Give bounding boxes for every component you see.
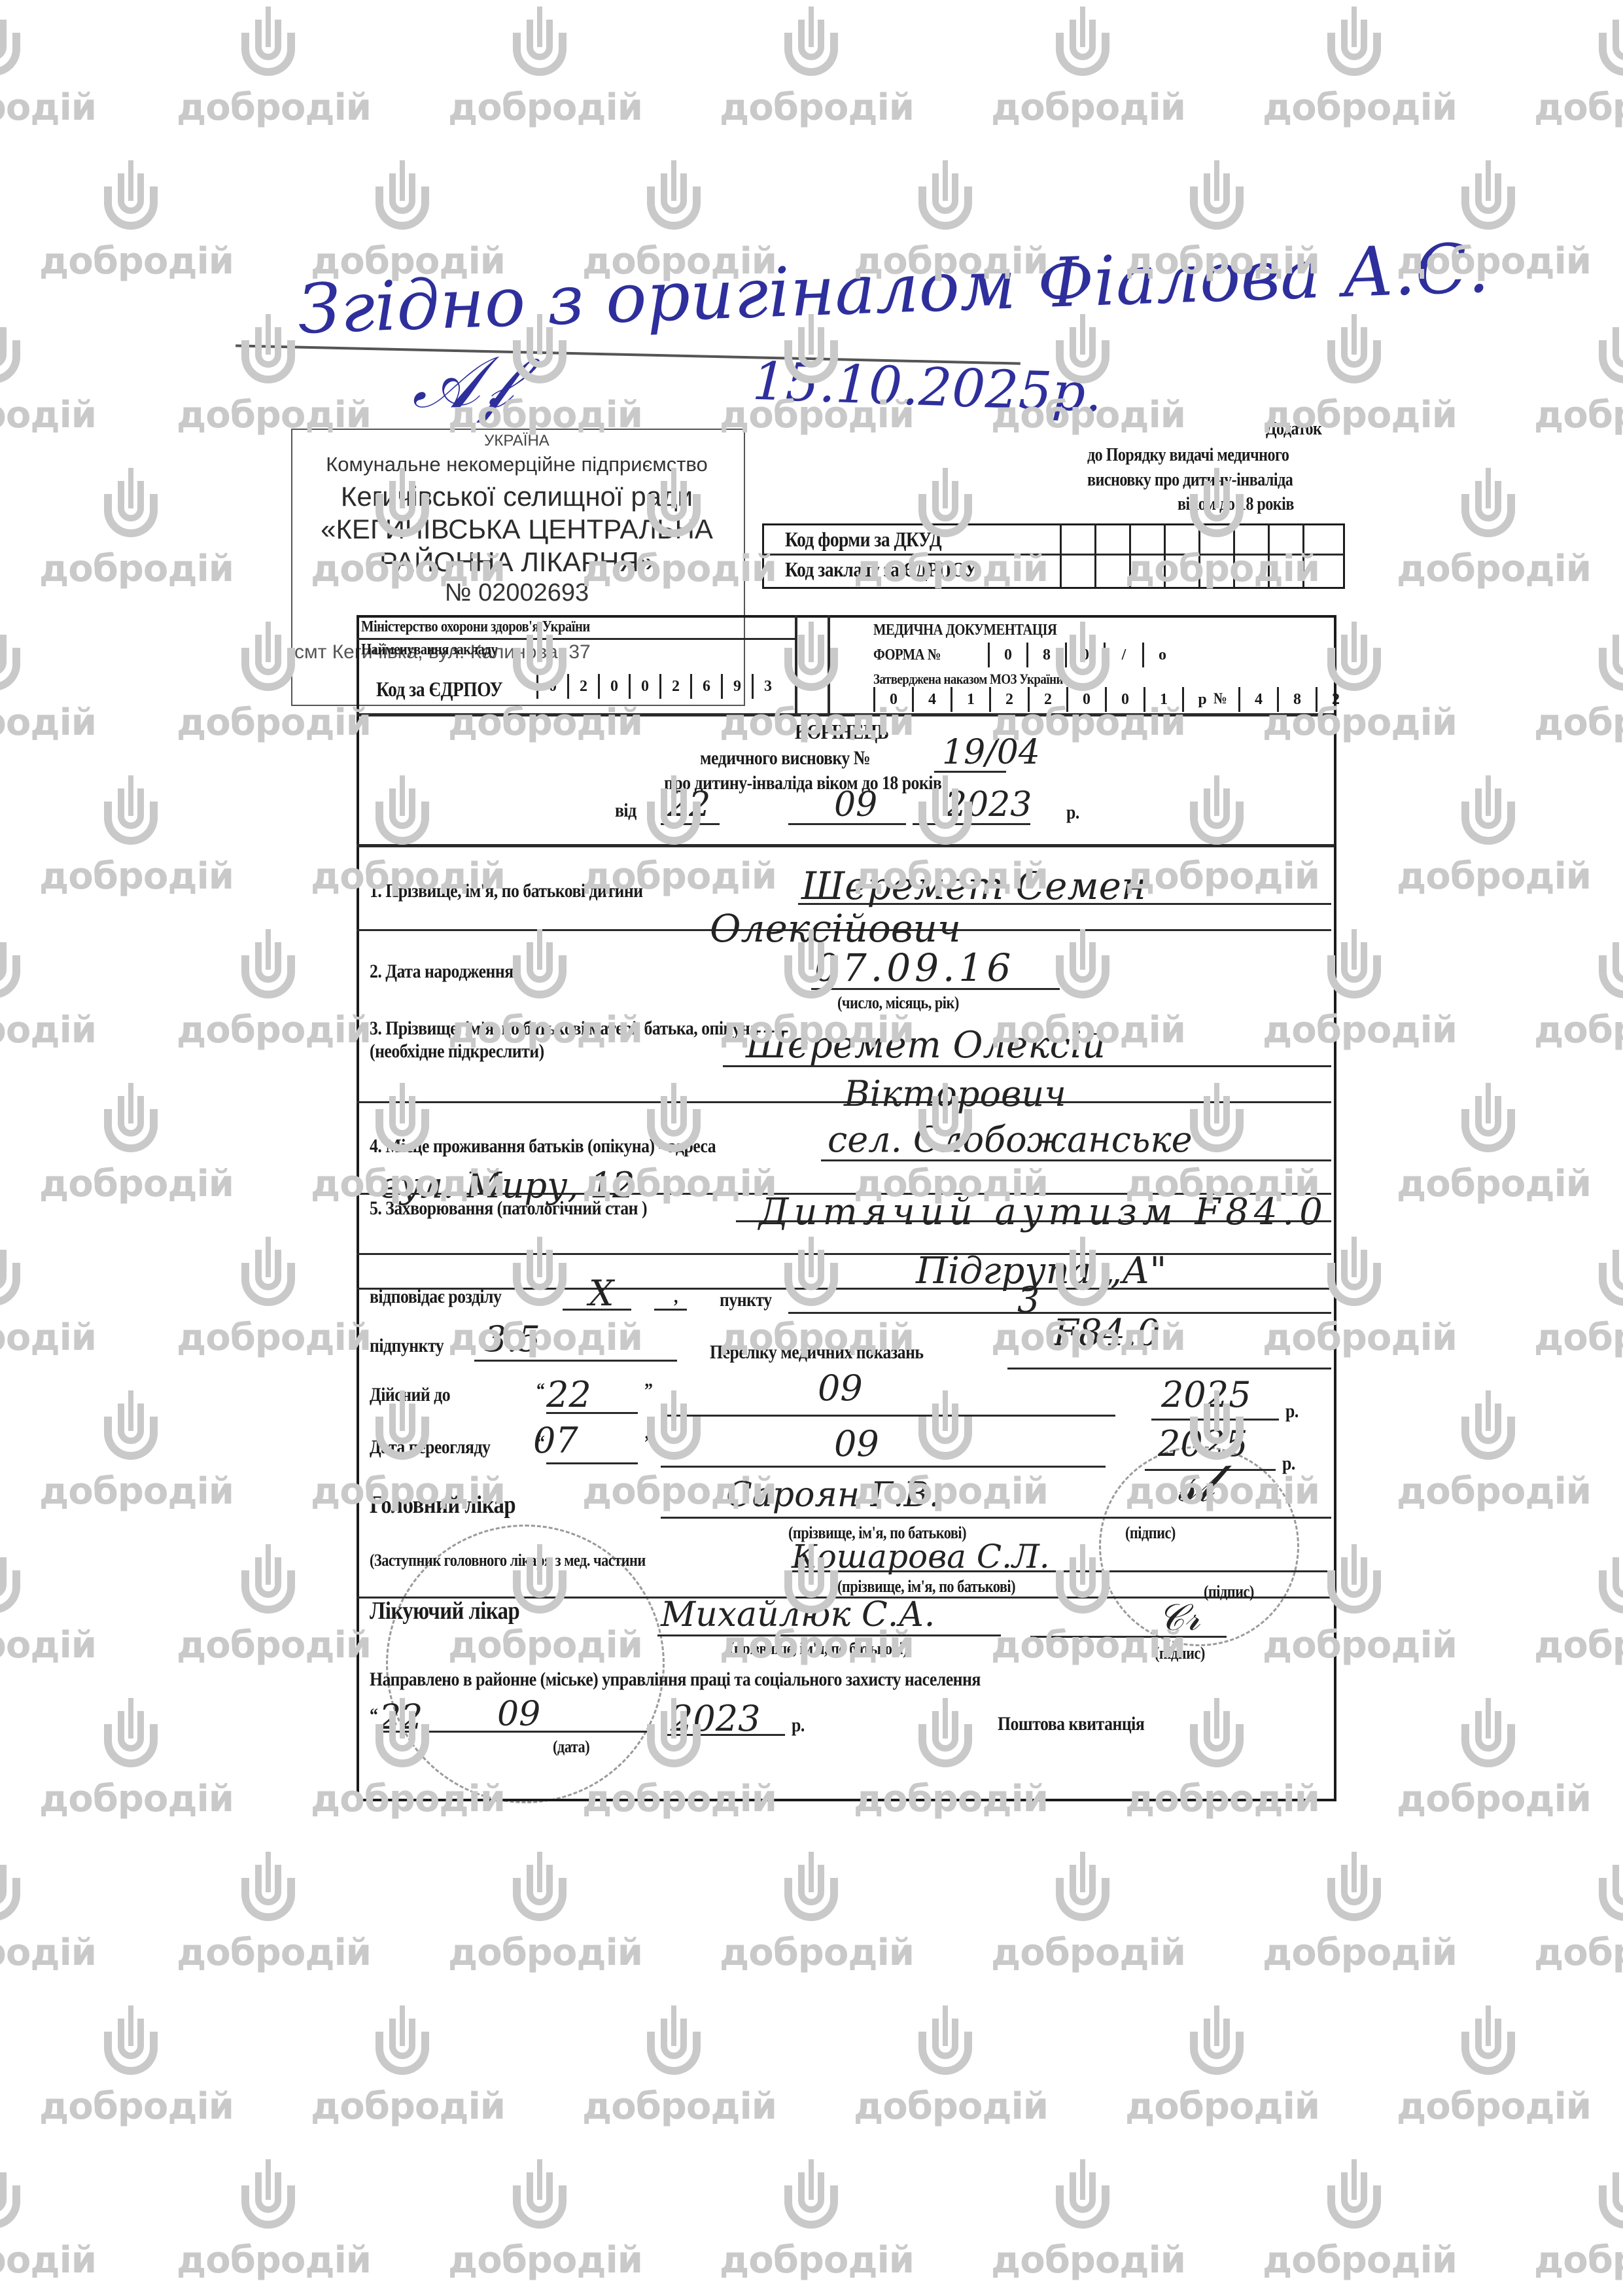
annex-line-1: Додаток (1266, 419, 1321, 440)
title-line-2: медичного висновку № (700, 747, 870, 769)
stamp-number: № 02002693 (291, 579, 742, 607)
dobrodiy-hand-logo-icon (0, 1237, 85, 1309)
code-cell: 0 (873, 687, 912, 712)
review-month: 09 (834, 1423, 879, 1464)
watermark: добродій (1534, 1237, 1623, 1359)
dobrodiy-hand-logo-icon (177, 929, 360, 1001)
point-value: 3 (1017, 1279, 1039, 1320)
watermark: добродій (991, 7, 1174, 129)
certification-signature: 𝒜𝒻 (412, 340, 512, 425)
dobrodiy-hand-logo-icon (1397, 160, 1580, 232)
watermark-text: добродій (177, 86, 371, 129)
dobrodiy-hand-logo-icon (854, 160, 1037, 232)
code-cell: 2 (659, 674, 690, 699)
child-name-label: 1. Прізвище, ім'я, по батькові дитини (370, 880, 643, 902)
watermark: добродій (177, 7, 360, 129)
dobrodiy-hand-logo-icon (1397, 775, 1580, 847)
disease-value-2: Підгрупа „А" (916, 1250, 1166, 1292)
dobrodiy-hand-logo-icon (448, 1852, 631, 1924)
subpoint-value: 3.5 (484, 1318, 540, 1360)
annex-line-2: до Порядку видачі медичного (1087, 445, 1289, 466)
deputy-label: (Заступник головного лікаря з мед. части… (370, 1551, 646, 1570)
certification-date: 15.10.2025р. (752, 351, 1104, 424)
dobrodiy-hand-logo-icon (39, 1083, 222, 1155)
watermark-text: добродій (39, 548, 234, 590)
med-doc-title: МЕДИЧНА ДОКУМЕНТАЦІЯ (873, 622, 1056, 639)
code-table-cell (1094, 523, 1096, 588)
parent-name-label-1: 3. Прізвище, ім'я, по батькові матері, б… (370, 1017, 758, 1040)
institution-label: Найменування закладу (361, 641, 497, 659)
watermark: добродій (39, 775, 222, 898)
dobrodiy-hand-logo-icon (854, 2005, 1037, 2077)
referral-date-hint: (дата) (553, 1737, 589, 1757)
referral-day: 22 (379, 1698, 423, 1737)
stamp-country: УКРАЇНА (291, 432, 742, 450)
watermark-text: добродій (177, 701, 371, 744)
dobrodiy-hand-logo-icon (1534, 2159, 1623, 2231)
dobrodiy-hand-logo-icon (1397, 1698, 1580, 1770)
child-name-value-1: Шеремет Семен (801, 864, 1146, 908)
dobrodiy-hand-logo-icon (1263, 2159, 1446, 2231)
dobrodiy-hand-logo-icon (720, 7, 903, 79)
referral-year-suffix: р. (792, 1714, 805, 1737)
dobrodiy-hand-logo-icon (311, 160, 494, 232)
watermark-text: добродій (1397, 1778, 1591, 1820)
code-cell: 0 (988, 643, 1026, 667)
approved-label: Затверджена наказом МОЗ України (873, 671, 1063, 688)
watermark-text: добродій (991, 2239, 1185, 2282)
birth-date-label: 2. Дата народження (370, 961, 514, 983)
subpoint-underline (474, 1360, 677, 1362)
dobrodiy-hand-logo-icon (1263, 7, 1446, 79)
dobrodiy-hand-logo-icon (39, 160, 222, 232)
referral-open-quote: “ (370, 1704, 377, 1727)
deputy-sign-hint: (підпис) (1204, 1582, 1254, 1602)
watermark: добродій (1397, 2005, 1580, 2128)
code-table-cell (1233, 523, 1235, 588)
watermark: добродій (177, 1544, 360, 1667)
watermark-text: добродій (39, 1470, 234, 1513)
referral-label: Направлено в районне (міське) управління… (370, 1669, 981, 1691)
watermark: добродій (1263, 1852, 1446, 1974)
dobrodiy-hand-logo-icon (1397, 1083, 1580, 1155)
watermark-text: добродій (39, 1163, 234, 1205)
watermark-text: добродій (582, 2085, 777, 2128)
watermark-text: добродій (39, 2085, 234, 2128)
watermark-text: добродій (991, 86, 1185, 129)
watermark: добродій (1397, 1390, 1580, 1513)
code-table-cell (1198, 523, 1200, 588)
birth-date-hint: (число, місяць, рік) (837, 993, 959, 1013)
watermark-text: добродій (1397, 1163, 1591, 1205)
dobrodiy-hand-logo-icon (1263, 1852, 1446, 1924)
review-day: 07 (533, 1420, 578, 1461)
dobrodiy-hand-logo-icon (1534, 1544, 1623, 1616)
watermark: добродій (0, 314, 85, 436)
chief-signature: 𝓈𝓁 (1178, 1453, 1214, 1514)
chief-doctor-name: Сароян Г.В. (726, 1475, 939, 1515)
watermark-text: добродій (1397, 548, 1591, 590)
disease-underline-2 (357, 1253, 1331, 1255)
watermark: добродій (1397, 1083, 1580, 1205)
date-prefix: від (615, 800, 637, 822)
dobrodiy-hand-logo-icon (1263, 314, 1446, 386)
dobrodiy-hand-logo-icon (0, 1852, 85, 1924)
code-cell: 1 (951, 687, 989, 712)
annex-line-3: висновку про дитину-інваліда (1087, 470, 1293, 491)
valid-until-label: Дійсний до (370, 1384, 450, 1406)
watermark-text: добродій (39, 1778, 234, 1820)
dobrodiy-hand-logo-icon (991, 7, 1174, 79)
watermark-text: добродій (0, 1009, 96, 1051)
watermark-text: добродій (0, 1316, 96, 1359)
code-cell: 0 (1105, 687, 1143, 712)
code-cell: 0 (536, 674, 567, 699)
dobrodiy-hand-logo-icon (177, 7, 360, 79)
watermark: добродій (854, 2005, 1037, 2128)
code-cell: 8 (1277, 687, 1316, 712)
watermark: добродій (39, 160, 222, 283)
codes-row-edrpou: Код закладу за ЄДРПОУ (785, 557, 977, 582)
stamp-org-type: Комунальне некомерційне підприємство (291, 453, 742, 476)
watermark: добродій (1534, 7, 1623, 129)
dobrodiy-hand-logo-icon (582, 2005, 765, 2077)
code-cell: 2 (567, 674, 598, 699)
attending-doctor-name: Михайлюк С.А. (661, 1595, 935, 1634)
ministry-rule (357, 638, 795, 640)
valid-month: 09 (818, 1368, 863, 1409)
stamp-council: Кегичівської селищної ради (291, 481, 742, 512)
watermark: добродій (1263, 314, 1446, 436)
attending-name-hint: (прізвище, ім'я, по батькові) (729, 1639, 907, 1659)
annex-line-4: віком до 18 років (1178, 494, 1294, 515)
valid-year-suffix: р. (1285, 1400, 1299, 1422)
header-bottom-rule (357, 713, 1335, 716)
review-day-underline (546, 1462, 638, 1464)
watermark: добродій (39, 468, 222, 590)
watermark: добродій (1397, 1698, 1580, 1820)
code-table-cell (1060, 523, 1062, 588)
watermark-text: добродій (0, 701, 96, 744)
dobrodiy-hand-logo-icon (720, 1852, 903, 1924)
code-cell: 4 (1238, 687, 1277, 712)
watermark-text: добродій (1534, 1624, 1623, 1667)
watermark-text: добродій (39, 240, 234, 283)
watermark-text: добродій (448, 86, 642, 129)
deputy-name-hint: (прізвище, ім'я, по батькові) (837, 1577, 1015, 1597)
watermark: добродій (1534, 314, 1623, 436)
code-cell: 0 (629, 674, 659, 699)
review-close-quote: ” (644, 1432, 652, 1454)
section-label: відповідає розділу (370, 1286, 501, 1308)
header-divider-a (795, 615, 797, 713)
code-cell: 2 (989, 687, 1028, 712)
dobrodiy-hand-logo-icon (177, 1544, 360, 1616)
disease-value-1: Дитячий аутизм F84.0 (759, 1191, 1328, 1233)
watermark: добродій (1263, 2159, 1446, 2282)
dobrodiy-hand-logo-icon (0, 2159, 85, 2231)
parent-name-label-2: (необхідне підкреслити) (370, 1040, 544, 1063)
watermark-text: добродій (0, 86, 96, 129)
list-value: F84.0 (1053, 1312, 1161, 1354)
dobrodiy-hand-logo-icon (39, 1390, 222, 1462)
watermark-text: добродій (311, 2085, 505, 2128)
watermark-text: добродій (0, 1624, 96, 1667)
address-label: 4. Місце проживання батьків (опікуна) - … (370, 1135, 716, 1157)
year-suffix: р. (1066, 802, 1079, 824)
dobrodiy-hand-logo-icon (1534, 1852, 1623, 1924)
watermark: добродій (1397, 775, 1580, 898)
watermark: добродій (177, 929, 360, 1051)
code-cell: о (1142, 643, 1181, 667)
postal-receipt-label: Поштова квитанція (998, 1713, 1144, 1735)
watermark-text: добродій (1534, 1009, 1623, 1051)
watermark-text: добродій (991, 1932, 1185, 1974)
code-table-cell (1129, 523, 1131, 588)
watermark-text: добродій (854, 2085, 1048, 2128)
approval-date-cells: 04122001р (873, 687, 1221, 712)
watermark-text: добродій (448, 2239, 642, 2282)
conclusion-year: 2023 (945, 785, 1032, 824)
watermark-text: добродій (1534, 1932, 1623, 1974)
dobrodiy-hand-logo-icon (1397, 2005, 1580, 2077)
watermark-text: добродій (720, 2239, 914, 2282)
watermark: добродій (1534, 929, 1623, 1051)
watermark: добродій (0, 1852, 85, 1974)
watermark: добродій (39, 1698, 222, 1820)
watermark: добродій (39, 1083, 222, 1205)
watermark-text: добродій (1397, 855, 1591, 898)
code-cell: / (1104, 643, 1142, 667)
review-month-underline (661, 1466, 1106, 1468)
dobrodiy-hand-logo-icon (177, 1852, 360, 1924)
dobrodiy-hand-logo-icon (1534, 1237, 1623, 1309)
watermark: добродій (0, 2159, 85, 2282)
referral-month: 09 (497, 1695, 540, 1734)
dobrodiy-hand-logo-icon (39, 2005, 222, 2077)
watermark: добродій (311, 2005, 494, 2128)
dobrodiy-hand-logo-icon (0, 314, 85, 386)
valid-open-quote: “ (536, 1379, 544, 1402)
conclusion-number: 19/04 (942, 733, 1040, 772)
dobrodiy-hand-logo-icon (1125, 2005, 1308, 2077)
watermark: добродій (720, 2159, 903, 2282)
dobrodiy-hand-logo-icon (0, 1544, 85, 1616)
watermark: добродій (448, 2159, 631, 2282)
watermark-text: добродій (1397, 1470, 1591, 1513)
attending-signature: 𝒞𝓇 (1158, 1597, 1200, 1640)
dobrodiy-hand-logo-icon (448, 2159, 631, 2231)
watermark: добродій (1125, 2005, 1308, 2128)
code-cell: 2 (1316, 687, 1354, 712)
watermark: добродій (720, 1852, 903, 1974)
code-cell: 0 (1066, 687, 1105, 712)
dobrodiy-hand-logo-icon (582, 160, 765, 232)
watermark-text: добродій (1534, 2239, 1623, 2282)
point-label: пункту (720, 1289, 772, 1311)
watermark-text: добродій (1263, 86, 1457, 129)
valid-month-underline (661, 1415, 1115, 1417)
chief-sign-hint: (підпис) (1125, 1523, 1176, 1543)
watermark-text: добродій (39, 855, 234, 898)
watermark-text: добродій (1263, 1932, 1457, 1974)
watermark-text: добродій (1534, 394, 1623, 436)
dobrodiy-hand-logo-icon (991, 2159, 1174, 2231)
conclusion-month: 09 (834, 785, 877, 824)
watermark: добродій (991, 2159, 1174, 2282)
watermark: добродій (1263, 7, 1446, 129)
dobrodiy-hand-logo-icon (0, 929, 85, 1001)
watermark-text: добродій (177, 1624, 371, 1667)
watermark-text: добродій (1125, 2085, 1319, 2128)
stamp-name-1: «КЕГИЧІВСЬКА ЦЕНТРАЛЬНА (291, 514, 742, 545)
parent-name-value-2: Вікторович (844, 1073, 1066, 1114)
order-label: № (1213, 690, 1227, 708)
subpoint-label: підпункту (370, 1335, 444, 1357)
watermark: добродій (720, 7, 903, 129)
code-cell: 4 (912, 687, 951, 712)
chief-doctor-underline (661, 1517, 1331, 1519)
dobrodiy-hand-logo-icon (1397, 1390, 1580, 1462)
code-cell: 3 (752, 674, 782, 699)
watermark: добродій (1534, 622, 1623, 744)
conclusion-day: 22 (667, 785, 710, 824)
list-label: Переліку медичних показань (710, 1341, 924, 1364)
watermark-text: добродій (0, 394, 96, 436)
dobrodiy-hand-logo-icon (39, 775, 222, 847)
watermark-text: добродій (1397, 2085, 1591, 2128)
dobrodiy-hand-logo-icon (1534, 314, 1623, 386)
section-underline-b (654, 1309, 687, 1311)
watermark: добродій (448, 7, 631, 129)
watermark: добродій (1397, 468, 1580, 590)
address-value-2: вул. Миру, 12 (379, 1165, 635, 1206)
dobrodiy-hand-logo-icon (177, 1237, 360, 1309)
watermark: добродій (177, 1852, 360, 1974)
watermark: добродій (39, 1390, 222, 1513)
dobrodiy-hand-logo-icon (1534, 929, 1623, 1001)
referral-year: 2023 (671, 1698, 760, 1739)
code-cell: 8 (1026, 643, 1065, 667)
certification-text: Згідно з оригіналом Фіалова А.С. (296, 228, 1490, 349)
edrpou-label: Код за ЄДРПОУ (376, 677, 502, 701)
valid-year-underline (1151, 1419, 1279, 1421)
dobrodiy-hand-logo-icon (1534, 7, 1623, 79)
form-number-label: ФОРМА № (873, 646, 941, 664)
dobrodiy-hand-logo-icon (0, 622, 85, 694)
code-cell: 2 (1028, 687, 1066, 712)
review-date-label: Дата переогляду (370, 1436, 490, 1458)
birth-date-value: 07.09.16 (814, 945, 1015, 990)
codes-row-dkud: Код форми за ДКУД (785, 527, 941, 552)
dobrodiy-hand-logo-icon (1125, 160, 1308, 232)
code-cell: 0 (598, 674, 629, 699)
watermark-text: добродій (1534, 86, 1623, 129)
list-underline (1007, 1368, 1331, 1369)
watermark-text: добродій (1534, 1316, 1623, 1359)
watermark: добродій (0, 1237, 85, 1359)
section-value: X (589, 1273, 614, 1314)
watermark: добродій (991, 1852, 1174, 1974)
watermark: добродій (1534, 1544, 1623, 1667)
code-cell: 6 (690, 674, 721, 699)
stamp-name-2: РАЙОННА ЛІКАРНЯ» (291, 546, 742, 578)
dobrodiy-hand-logo-icon (991, 1852, 1174, 1924)
watermark-text: добродій (177, 1316, 371, 1359)
watermark: добродій (0, 1544, 85, 1667)
watermark-text: добродій (177, 2239, 371, 2282)
watermark: добродій (177, 1237, 360, 1359)
header-divider-b (828, 615, 830, 713)
code-table-cell (1302, 523, 1304, 588)
form-number-cells: 080/о (988, 643, 1181, 667)
watermark-text: добродій (177, 1932, 371, 1974)
dobrodiy-hand-logo-icon (0, 7, 85, 79)
title-main: КОРІНЕЦЬ (795, 720, 888, 744)
code-table-cell (1164, 523, 1166, 588)
dobrodiy-hand-logo-icon (1534, 622, 1623, 694)
watermark-text: добродій (177, 1009, 371, 1051)
valid-year: 2025 (1161, 1374, 1251, 1415)
child-name-value-2: Олексійович (710, 906, 961, 951)
watermark: добродій (0, 929, 85, 1051)
ministry-label: Міністерство охорони здоров'я України (361, 618, 590, 636)
dobrodiy-hand-logo-icon (39, 468, 222, 540)
watermark: добродій (1534, 2159, 1623, 2282)
attending-sign-hint: (підпис) (1155, 1644, 1205, 1663)
disease-underline-3 (357, 1288, 1331, 1290)
watermark-text: добродій (720, 86, 914, 129)
watermark: добродій (0, 622, 85, 744)
code-cell: 0 (1065, 643, 1104, 667)
valid-day: 22 (546, 1374, 591, 1415)
attending-doctor-underline (657, 1634, 1001, 1636)
codes-table-divider (762, 554, 1344, 556)
order-number-cells: 482 (1238, 687, 1354, 712)
code-cell: 9 (721, 674, 752, 699)
parent-name-value-1: Шеремет Олексій (746, 1024, 1106, 1067)
valid-close-quote: ” (644, 1379, 652, 1402)
watermark-text: добродій (1534, 701, 1623, 744)
section-comma: , (674, 1286, 678, 1308)
code-table-cell (1268, 523, 1270, 588)
dobrodiy-hand-logo-icon (448, 7, 631, 79)
review-year-suffix: р. (1282, 1453, 1295, 1475)
watermark: добродій (1534, 1852, 1623, 1974)
chief-doctor-label: Головний лікар (370, 1491, 515, 1519)
watermark-text: добродій (448, 1932, 642, 1974)
watermark: добродій (0, 7, 85, 129)
watermark: добродій (39, 2005, 222, 2128)
watermark-text: добродій (720, 1932, 914, 1974)
watermark: добродій (448, 1852, 631, 1974)
watermark-text: добродій (0, 2239, 96, 2282)
deputy-name: Кошарова С.Л. (792, 1538, 1050, 1576)
dobrodiy-hand-logo-icon (177, 2159, 360, 2231)
attending-doctor-label: Лікуючий лікар (370, 1597, 519, 1625)
address-value-1: сел. Слобожанське (828, 1119, 1193, 1160)
dobrodiy-hand-logo-icon (39, 1698, 222, 1770)
watermark: добродій (582, 2005, 765, 2128)
dobrodiy-hand-logo-icon (720, 2159, 903, 2231)
code-cell: 1 (1143, 687, 1182, 712)
title-bottom-rule (357, 844, 1335, 847)
dobrodiy-hand-logo-icon (311, 2005, 494, 2077)
watermark-text: добродій (1263, 2239, 1457, 2282)
watermark: добродій (177, 2159, 360, 2282)
edrpou-code-cells: 02002693 (536, 674, 782, 699)
watermark-text: добродій (0, 1932, 96, 1974)
